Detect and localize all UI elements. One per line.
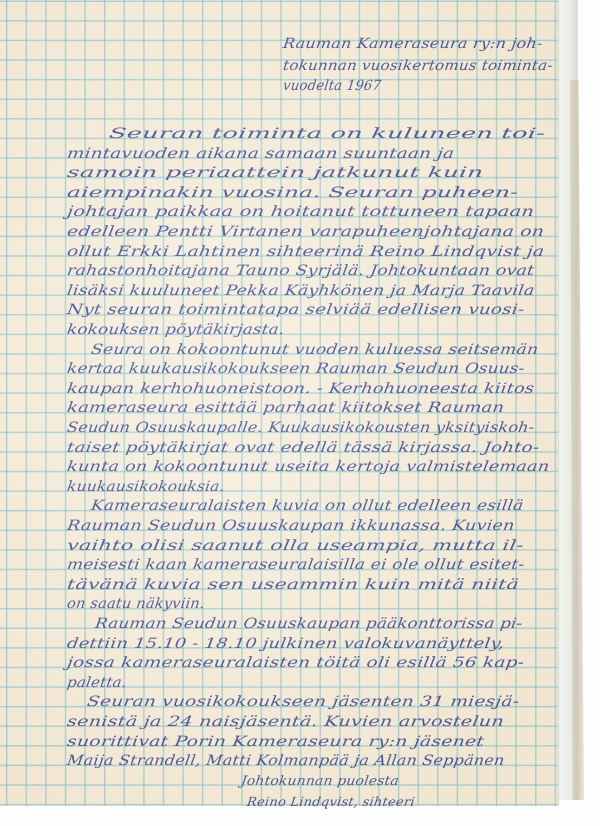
body-line: Rauman Seudun Osuuskaupan ikkunassa. Kuv… (66, 518, 516, 534)
body-line: Seuran vuosikokoukseen jäsenten 31 miesj… (86, 694, 520, 710)
body-line: kameraseura esittää parhaat kiitokset Ra… (66, 400, 505, 416)
body-line: samoin periaattein jatkunut kuin (66, 165, 484, 181)
body-line: Kameraseuralaisten kuvia on ollut edelle… (90, 498, 524, 514)
body-line: taiset pöytäkirjat ovat edellä tässä kir… (66, 440, 540, 456)
body-line: kokouksen pöytäkirjasta. (66, 322, 286, 338)
body-line: Rauman Seudun Osuuskaupan pääkonttorissa… (94, 616, 524, 632)
body-line: kaupan kerhohuoneistoon. - Kerhohuoneest… (66, 381, 535, 397)
body-line: Seuran toiminta on kuluneen toi- (108, 126, 546, 142)
body-line: vaihto olisi saanut olla useampia, mutta… (66, 538, 525, 554)
body-line: paletta. (66, 675, 128, 691)
signature-role: Johtokunnan puolesta (240, 774, 400, 789)
body-line: Seura on kokoontunut vuoden kuluessa sei… (90, 342, 539, 358)
body-line: lisäksi kuuluneet Pekka Käyhkönen ja Mar… (66, 283, 536, 299)
body-line: tävänä kuvia sen useammin kuin mitä niit… (66, 577, 520, 593)
body-line: ollut Erkki Lahtinen sihteerinä Reino Li… (66, 244, 545, 260)
heading-line: vuodelta 1967 (282, 78, 382, 94)
body-line: mintavuoden aikana samaan suuntaan ja (66, 146, 455, 162)
body-line: kuukausikokouksia. (66, 479, 226, 495)
body-line: dettiin 15.10 - 18.10 julkinen valokuvan… (66, 636, 505, 652)
heading-line: tokunnan vuosikertomus toiminta- (282, 58, 554, 74)
heading-line: Rauman Kameraseura ry:n joh- (282, 36, 544, 52)
body-line: rahastonhoitajana Tauno Syrjälä. Johtoku… (66, 263, 535, 279)
body-line: jossa kameraseuralaisten töitä oli esill… (66, 655, 525, 671)
body-line: edelleen Pentti Virtanen varapuheenjohta… (66, 224, 545, 240)
body-line: johtajan paikkaa on hoitanut tottuneen t… (66, 204, 535, 220)
body-line: Nyt seuran toimintatapa selviää edellise… (66, 302, 525, 318)
body-line: aiempinakin vuosina. Seuran puheen- (66, 185, 519, 201)
body-line: senistä ja 24 naisjäsentä. Kuvien arvost… (66, 714, 505, 730)
body-line: suorittivat Porin Kameraseura ry:n jäsen… (66, 734, 485, 750)
body-line: kunta on kokoontunut useita kertoja valm… (66, 459, 551, 475)
body-line: kertaa kuukausikokoukseen Rauman Seudun … (66, 361, 526, 377)
signature-name: Reino Lindqvist, sihteeri (246, 794, 416, 809)
body-line: meisesti kaan kameraseuralaisilla ei ole… (66, 557, 525, 573)
body-line: on saatu näkyviin. (66, 596, 206, 612)
handwritten-page: Rauman Kameraseura ry:n joh-tokunnan vuo… (0, 0, 558, 806)
body-line: Seudun Osuuskaupalle. Kuukausikokousten … (66, 420, 536, 436)
body-line: Maija Strandell, Matti Kolmanpää ja Alla… (66, 753, 506, 769)
